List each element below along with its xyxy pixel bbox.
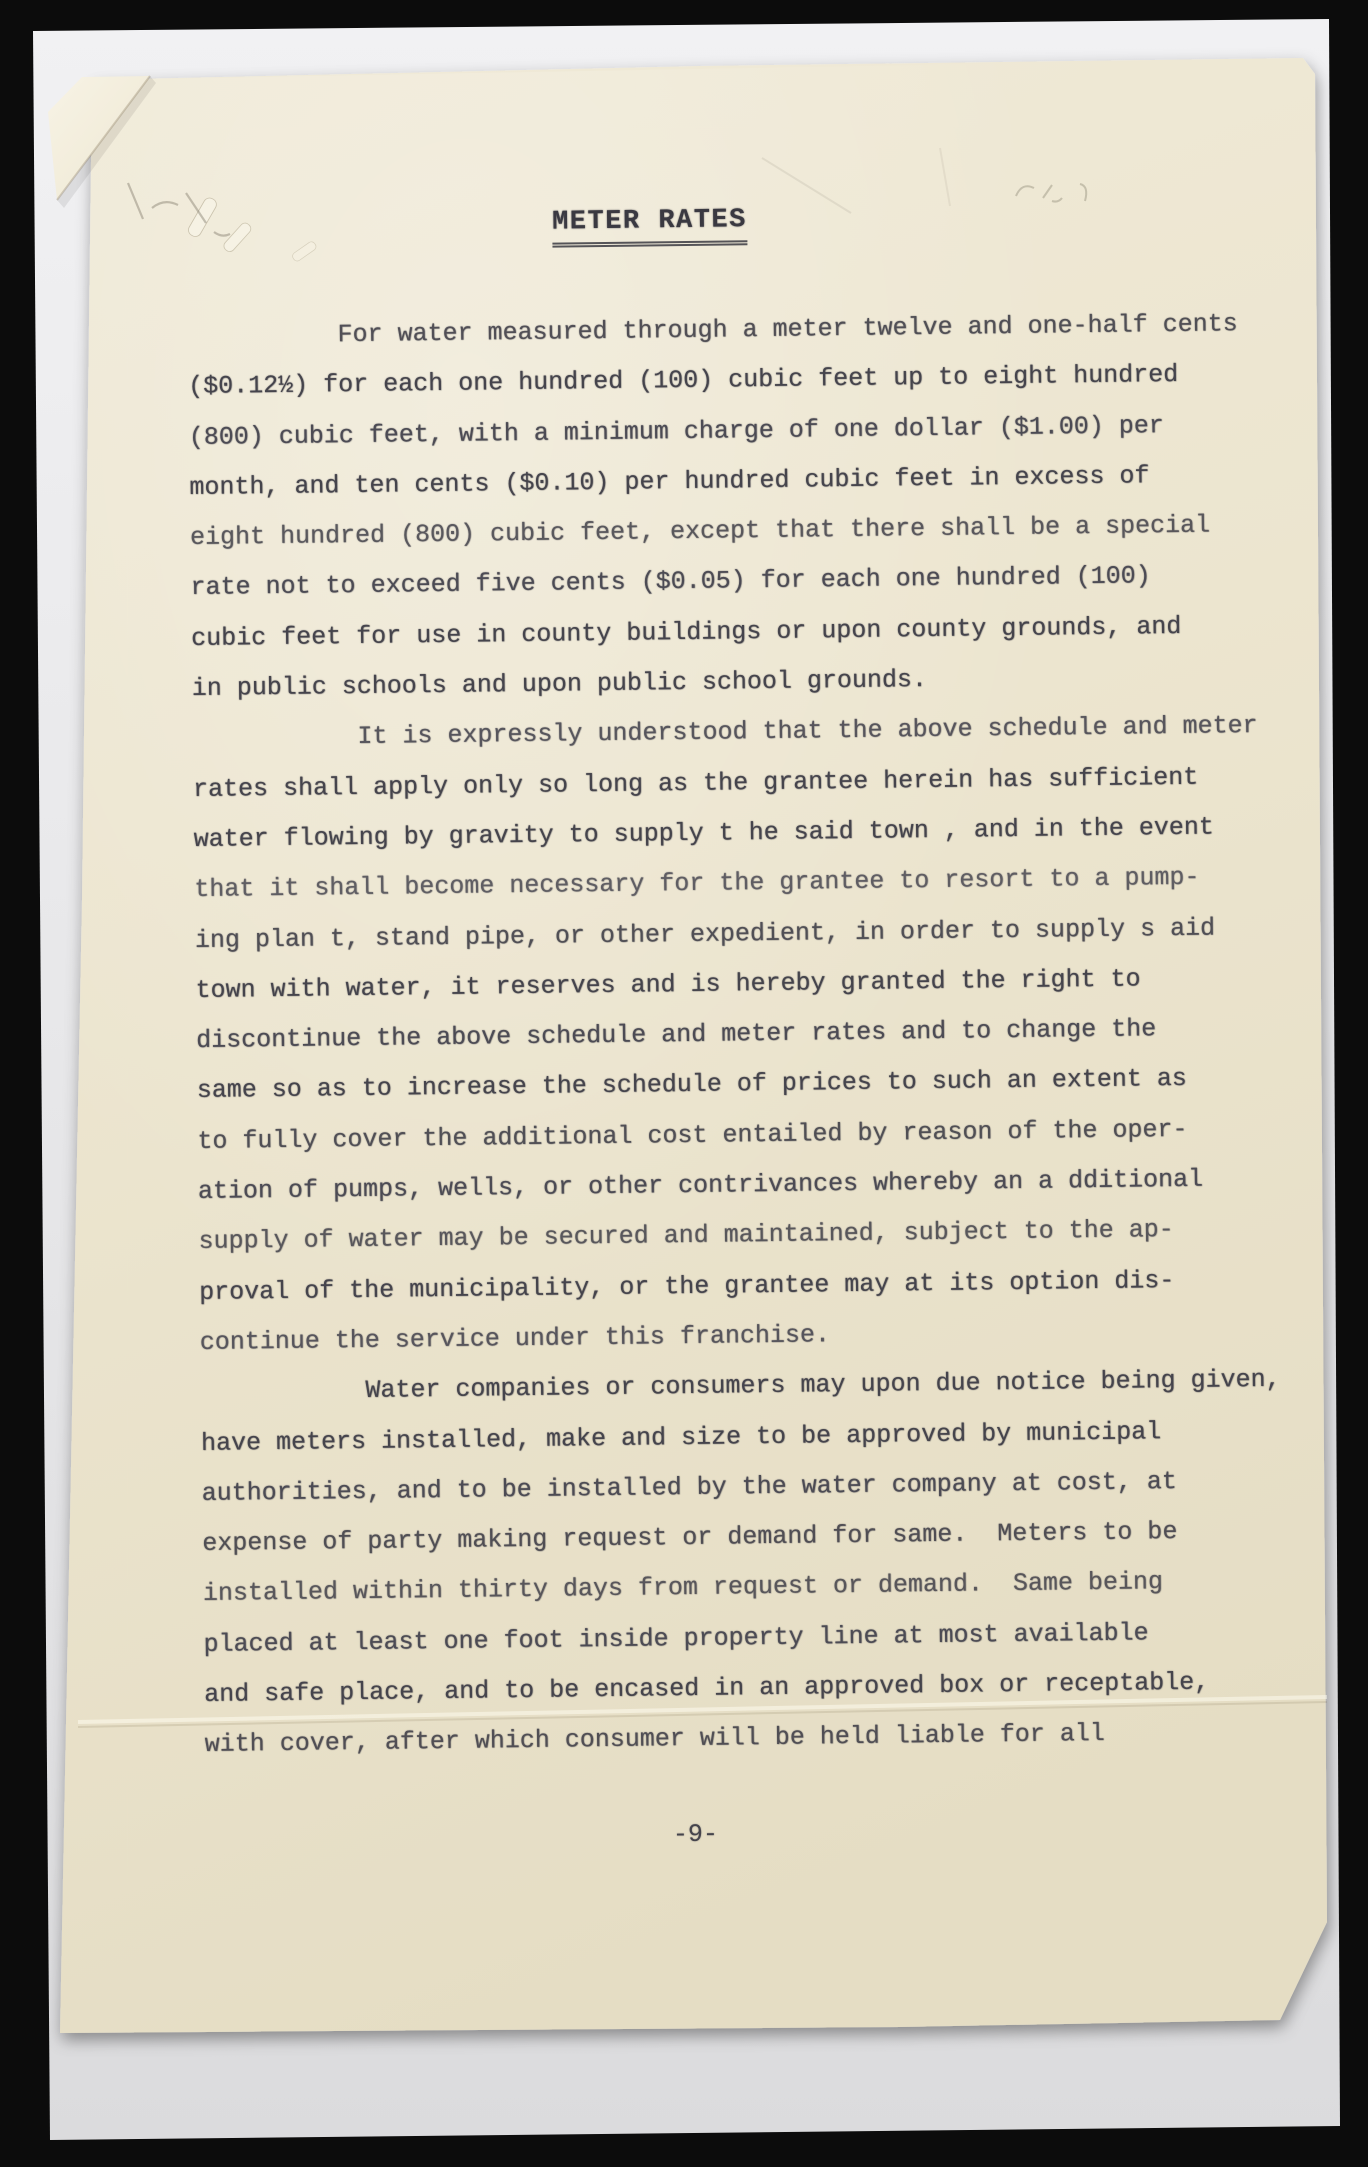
- paper-sheen: [60, 58, 1327, 2033]
- scan-background: [0, 0, 1368, 2167]
- scanned-document-page: METER RATES For water measured through a…: [0, 0, 1368, 2167]
